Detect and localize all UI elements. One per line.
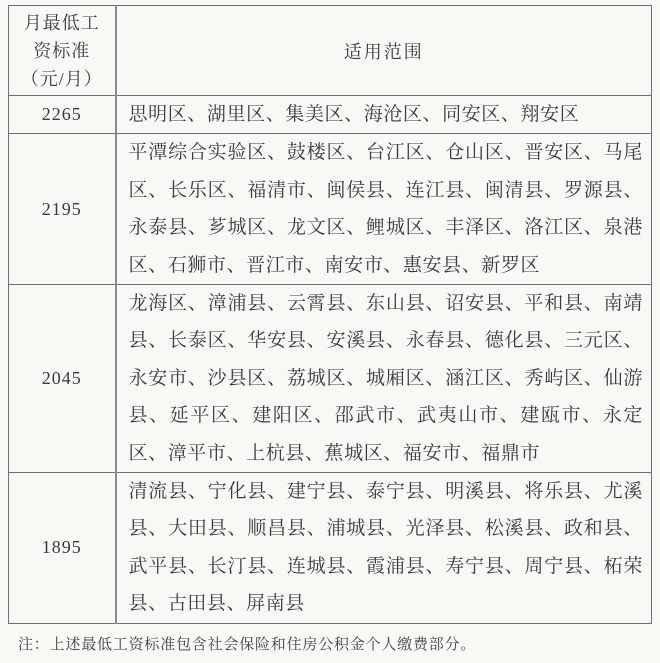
regions-cell: 思明区、湖里区、集美区、海沧区、同安区、翔安区 [116,96,652,134]
table-row: 2045 龙海区、漳浦县、云霄县、东山县、诏安县、平和县、南靖县、长泰区、华安县… [9,285,652,473]
wage-value: 2045 [9,285,116,473]
wage-value: 2195 [9,134,116,285]
document-page: 月最低工资标准（元/月） 适用范围 2265 思明区、湖里区、集美区、海沧区、同… [0,0,660,663]
table-row: 1895 清流县、宁化县、建宁县、泰宁县、明溪县、将乐县、尤溪县、大田县、顺昌县… [9,473,652,624]
scope-column-header: 适用范围 [116,6,652,96]
table-row: 2265 思明区、湖里区、集美区、海沧区、同安区、翔安区 [9,96,652,134]
table-row: 2195 平潭综合实验区、鼓楼区、台江区、仓山区、晋安区、马尾区、长乐区、福清市… [9,134,652,285]
wage-value: 2265 [9,96,116,134]
footnote: 注：上述最低工资标准包含社会保险和住房公积金个人缴费部分。 [8,633,652,654]
table-header-row: 月最低工资标准（元/月） 适用范围 [9,6,652,96]
wage-value: 1895 [9,473,116,624]
wage-column-header: 月最低工资标准（元/月） [9,6,116,96]
minimum-wage-table: 月最低工资标准（元/月） 适用范围 2265 思明区、湖里区、集美区、海沧区、同… [8,5,652,624]
regions-cell: 平潭综合实验区、鼓楼区、台江区、仓山区、晋安区、马尾区、长乐区、福清市、闽侯县、… [116,134,652,285]
table-body: 月最低工资标准（元/月） 适用范围 2265 思明区、湖里区、集美区、海沧区、同… [9,6,652,624]
regions-cell: 龙海区、漳浦县、云霄县、东山县、诏安县、平和县、南靖县、长泰区、华安县、安溪县、… [116,285,652,473]
regions-cell: 清流县、宁化县、建宁县、泰宁县、明溪县、将乐县、尤溪县、大田县、顺昌县、浦城县、… [116,473,652,624]
